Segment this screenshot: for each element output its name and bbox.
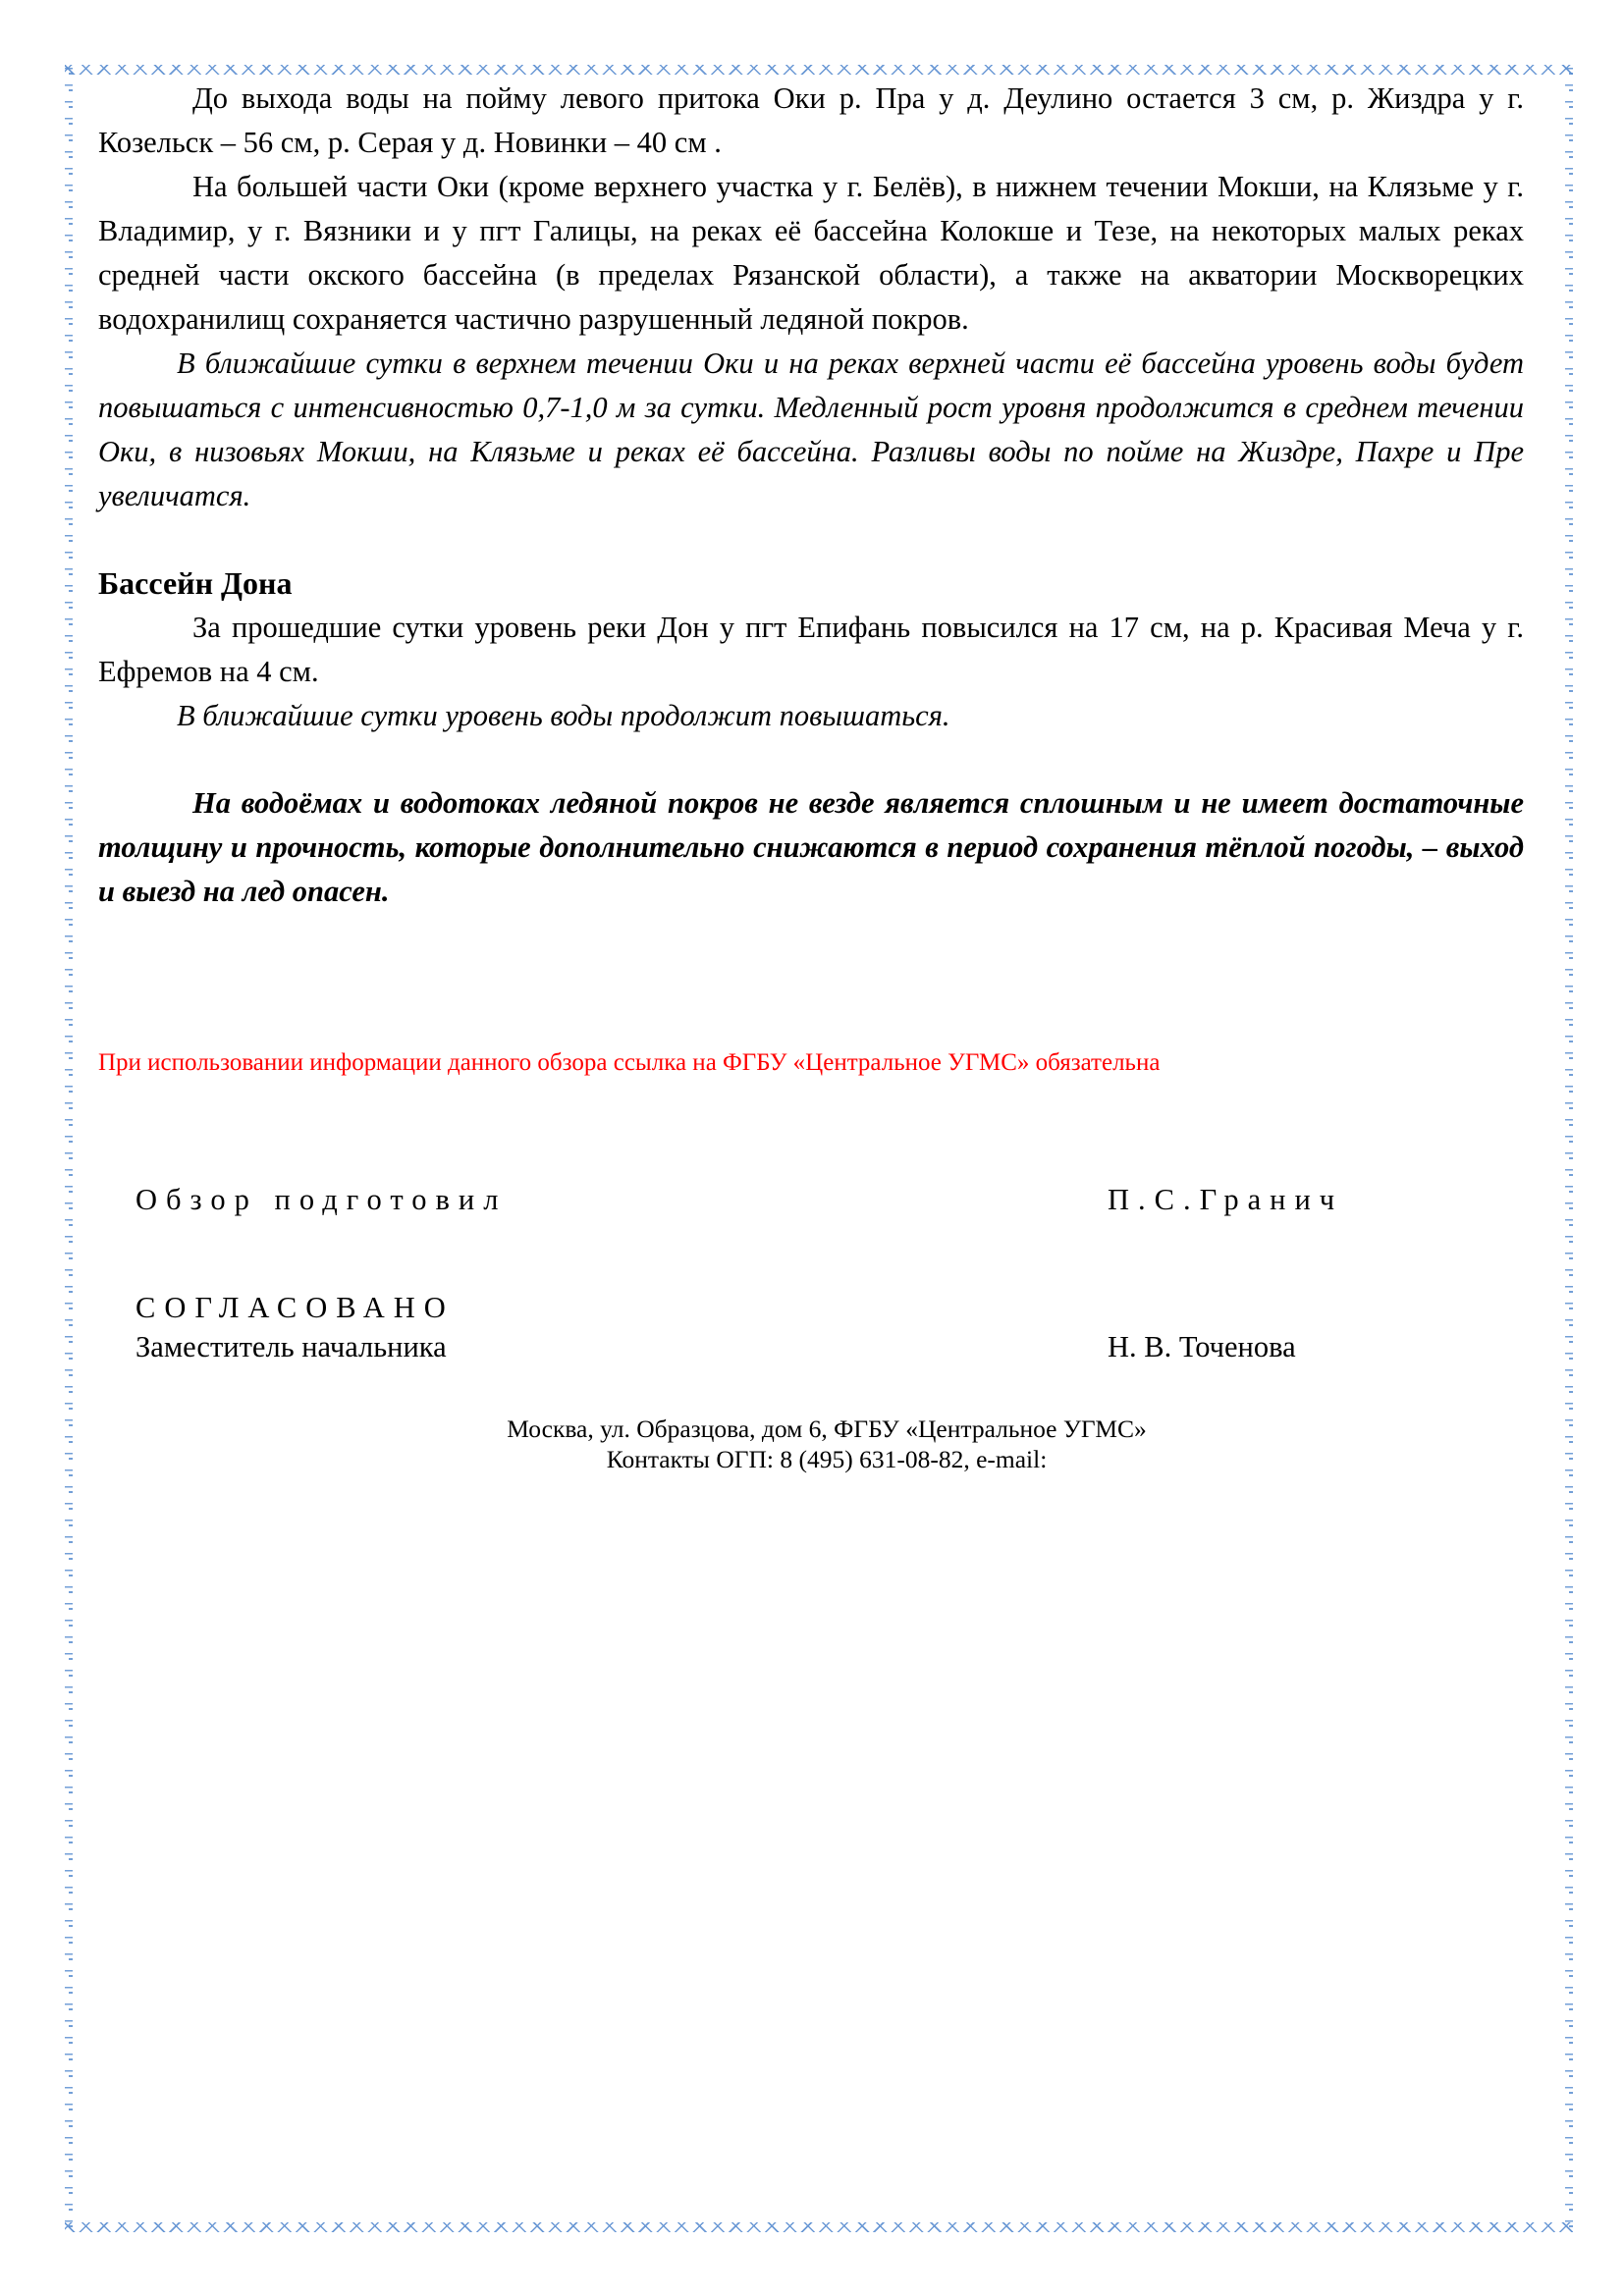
document-body: До выхода воды на пойму левого притока О… <box>98 77 1524 1081</box>
paragraph-oka-forecast: В ближайшие сутки в верхнем течении Оки … <box>98 342 1524 518</box>
paragraph-ice-cover: На большей части Оки (кроме верхнего уча… <box>98 165 1524 342</box>
paragraph-floodplain-distance: До выхода воды на пойму левого притока О… <box>98 77 1524 165</box>
footer-contacts: Москва, ул. Образцова, дом 6, ФГБУ «Цент… <box>0 1414 1624 1474</box>
section-heading-don-basin: Бассейн Дона <box>98 561 1524 606</box>
signature-approved: Заместитель начальника Н. В. Точенова <box>135 1327 1432 1366</box>
paragraph-don-levels: За прошедшие сутки уровень реки Дон у пг… <box>98 606 1524 694</box>
border-bottom <box>65 2222 1573 2232</box>
footer-address: Москва, ул. Образцова, дом 6, ФГБУ «Цент… <box>0 1414 1624 1444</box>
approved-label: СОГЛАСОВАНО <box>135 1288 455 1327</box>
border-left <box>65 65 73 2232</box>
approved-position: Заместитель начальника <box>135 1327 447 1366</box>
citation-notice: При использовании информации данного обз… <box>98 1045 1524 1081</box>
prepared-label: Обзор подготовил <box>135 1180 507 1219</box>
border-right <box>1565 65 1573 2232</box>
border-top <box>65 65 1573 75</box>
approved-name: Н. В. Точенова <box>1108 1327 1432 1366</box>
signature-approved-label-row: СОГЛАСОВАНО <box>135 1288 1432 1327</box>
prepared-name: П.С.Гранич <box>1108 1180 1432 1219</box>
footer-contacts-line: Контакты ОГП: 8 (495) 631-08-82, e-mail: <box>0 1444 1624 1474</box>
signature-prepared: Обзор подготовил П.С.Гранич <box>135 1180 1432 1219</box>
paragraph-don-forecast: В ближайшие сутки уровень воды продолжит… <box>98 694 1524 738</box>
ice-warning: На водоёмах и водотоках ледяной покров н… <box>98 781 1524 914</box>
